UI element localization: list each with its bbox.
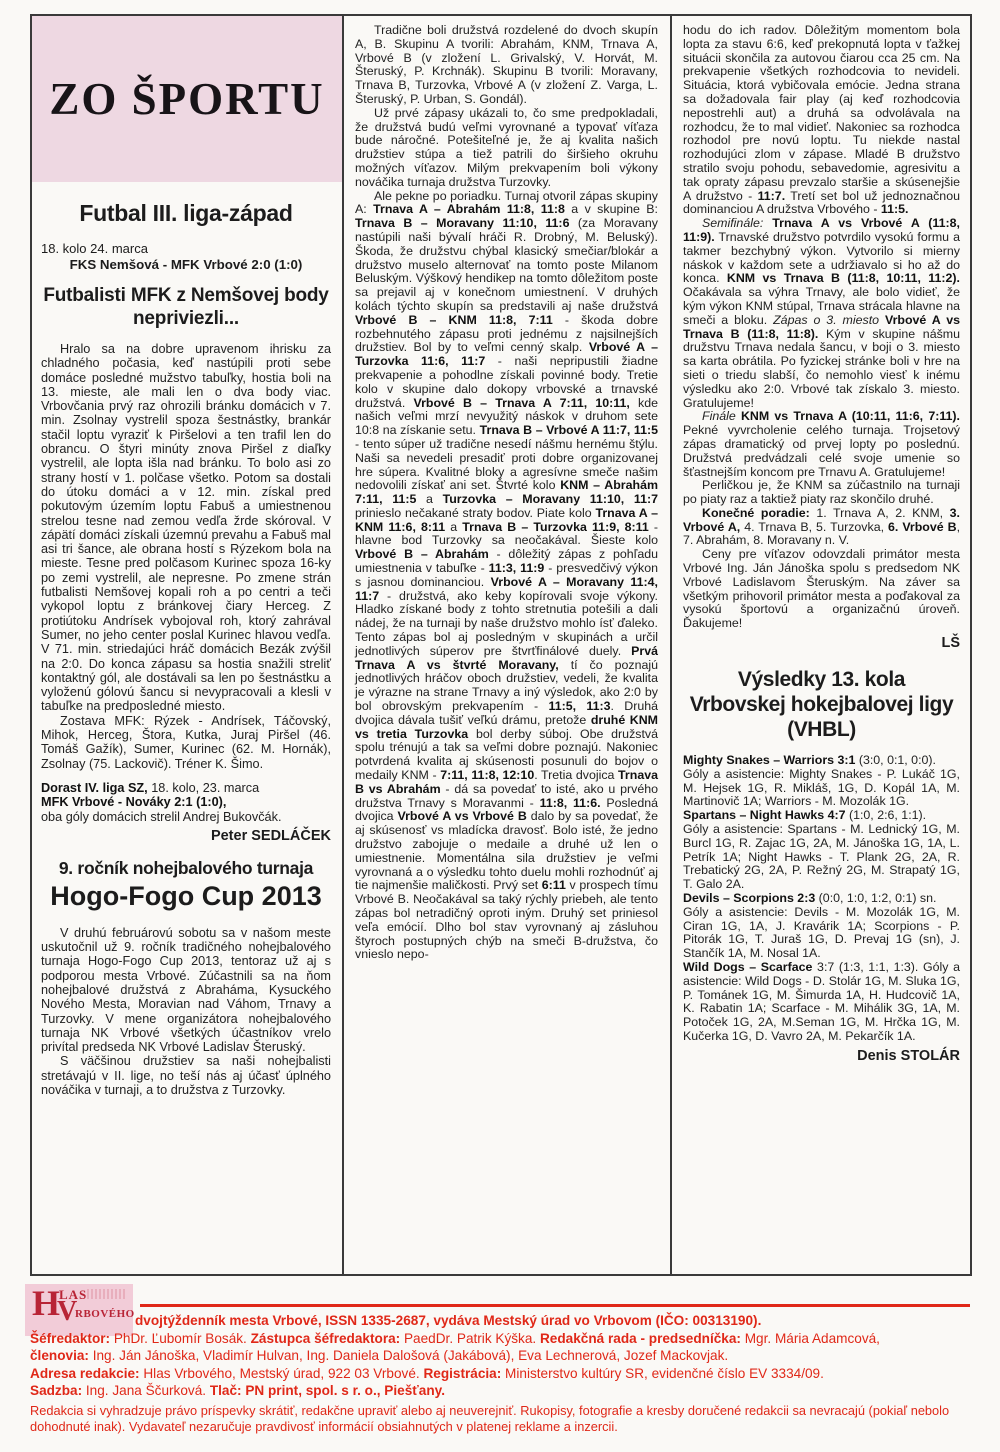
imprint-footer: H LAS V RBOVÉHO dvojtýždenník mesta Vrbo… xyxy=(0,1272,1000,1452)
paragraph: Zostava MFK: Rýzek - Andrísek, Táčovský,… xyxy=(41,714,331,771)
paragraph: Hralo sa na dobre upravenom ihrisku za c… xyxy=(41,342,331,714)
imprint-line-disclaimer: Redakcia si vyhradzuje právo príspevky s… xyxy=(30,1403,975,1435)
tournament-article-body: Tradične boli družstvá rozdelené do dvoc… xyxy=(355,24,658,962)
column-left: ZO ŠPORTU Futbal III. liga-západ 18. kol… xyxy=(32,16,344,1274)
paragraph: Wild Dogs – Scarface 3:7 (1:3, 1:1, 1:3)… xyxy=(683,961,960,1044)
vhbl-heading-line1: Výsledky 13. kola xyxy=(738,668,905,691)
imprint-line-editor: Šéfredaktor: PhDr. Ľubomír Bosák. Zástup… xyxy=(30,1330,975,1348)
paragraph: Finále KNM vs Trnava A (10:11, 11:6, 7:1… xyxy=(683,410,960,479)
vhbl-heading: Výsledky 13. kola Vrbovskej hokejbalovej… xyxy=(683,667,960,742)
paragraph: oba góly domácich strelil Andrej Bukovčá… xyxy=(41,810,331,824)
match-result-line: FKS Nemšová - MFK Vrbové 2:0 (1:0) xyxy=(41,257,331,272)
imprint-line-print: Sadzba: Ing. Jana Ščurková. Tlač: PN pri… xyxy=(30,1382,975,1400)
section-banner: ZO ŠPORTU xyxy=(32,16,342,182)
vhbl-results: Mighty Snakes – Warriors 3:1 (3:0, 0:1, … xyxy=(683,754,960,1044)
imprint-line-issn: dvojtýždenník mesta Vrbové, ISSN 1335-26… xyxy=(135,1312,975,1330)
logo-stripe-decoration xyxy=(87,1289,127,1299)
hogo-title-line2: Hogo-Fogo Cup 2013 xyxy=(41,881,331,912)
paragraph: V druhú februárovú sobotu sa v našom mes… xyxy=(41,926,331,1055)
paragraph: Ale pekne po poriadku. Turnaj otvoril zá… xyxy=(355,190,658,963)
vhbl-heading-line3: (VHBL) xyxy=(787,718,856,741)
section-title: ZO ŠPORTU xyxy=(49,73,324,125)
paragraph: Góly a asistencie: Mighty Snakes - P. Lu… xyxy=(683,768,960,809)
column-middle: Tradične boli družstvá rozdelené do dvoc… xyxy=(344,16,672,1274)
author-byline: Peter SEDLÁČEK xyxy=(41,828,331,844)
paragraph: Mighty Snakes – Warriors 3:1 (3:0, 0:1, … xyxy=(683,754,960,768)
paragraph: Tradične boli družstvá rozdelené do dvoc… xyxy=(355,24,658,107)
author-initials: LŠ xyxy=(683,635,960,651)
round-date-line: 18. kolo 24. marca xyxy=(41,241,331,256)
hogo-title-line1: 9. ročník nohejbalového turnaja xyxy=(41,858,331,879)
paragraph: hodu do ich radov. Dôležitým momentom bo… xyxy=(683,24,960,217)
column-right: hodu do ich radov. Dôležitým momentom bo… xyxy=(672,16,970,1274)
vhbl-author-byline: Denis STOLÁR xyxy=(683,1048,960,1064)
paragraph: Devils – Scorpions 2:3 (0:0, 1:0, 1:2, 0… xyxy=(683,892,960,906)
paragraph: Spartans – Night Hawks 4:7 (1:0, 2:6, 1:… xyxy=(683,809,960,823)
vhbl-heading-line2: Vrbovskej hokejbalovej ligy xyxy=(690,693,953,716)
imprint-line-members: členovia: Ing. Ján Jánoška, Vladimír Hul… xyxy=(30,1347,975,1365)
article-title-futbal: Futbal III. liga-západ xyxy=(41,200,331,227)
imprint-line-address: Adresa redakcie: Hlas Vrbového, Mestský … xyxy=(30,1365,975,1383)
tournament-article-continued: hodu do ich radov. Dôležitým momentom bo… xyxy=(683,24,960,631)
paragraph: MFK Vrbové - Nováky 2:1 (1:0), xyxy=(41,795,331,809)
newspaper-page: ZO ŠPORTU Futbal III. liga-západ 18. kol… xyxy=(0,0,1000,1452)
dorast-results-block: Dorast IV. liga SZ, 18. kolo, 23. marcaM… xyxy=(41,781,331,824)
hogo-article-body: V druhú februárovú sobotu sa v našom mes… xyxy=(41,926,331,1098)
paragraph: S väčšinou družstiev sa naši nohejbalist… xyxy=(41,1054,331,1097)
footer-divider-line xyxy=(140,1304,970,1307)
paragraph: Ceny pre víťazov odovzdali primátor mest… xyxy=(683,548,960,631)
paragraph: Góly a asistencie: Devils - M. Mozolák 1… xyxy=(683,906,960,961)
paragraph: Dorast IV. liga SZ, 18. kolo, 23. marca xyxy=(41,781,331,795)
paragraph: Góly a asistencie: Spartans - M. Lednick… xyxy=(683,823,960,892)
paragraph: Perličkou je, že KNM sa zúčastnilo na tu… xyxy=(683,479,960,507)
futbal-article-body: Hralo sa na dobre upravenom ihrisku za c… xyxy=(41,342,331,771)
paragraph: Už prvé zápasy ukázali to, čo sme predpo… xyxy=(355,107,658,190)
paragraph: Konečné poradie: 1. Trnava A, 2. KNM, 3.… xyxy=(683,507,960,548)
paragraph: Semifinále: Trnava A vs Vrbové A (11:8, … xyxy=(683,217,960,410)
article-subhead: Futbalisti MFK z Nemšovej body nepriviez… xyxy=(41,284,331,330)
imprint-text: dvojtýždenník mesta Vrbové, ISSN 1335-26… xyxy=(30,1312,975,1435)
sports-section: ZO ŠPORTU Futbal III. liga-západ 18. kol… xyxy=(30,14,972,1276)
